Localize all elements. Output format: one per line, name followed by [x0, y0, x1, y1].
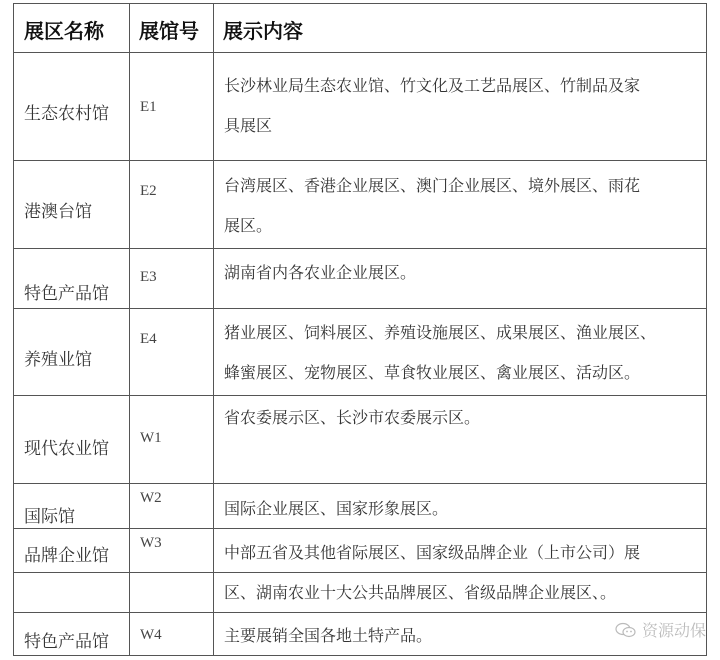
zone-content: 湖南省内各农业企业展区。 [224, 253, 700, 293]
zone-name: 港澳台馆 [24, 197, 92, 222]
zone-content: 区、湖南农业十大公共品牌展区、省级品牌企业展区、。 [224, 573, 700, 613]
zone-content: 省农委展示区、长沙市农委展示区。 [224, 398, 700, 438]
table-row: 养殖业馆 E4 猪业展区、饲料展区、养殖设施展区、成果展区、渔业展区、 蜂蜜展区… [13, 309, 707, 396]
watermark: 资源动保 [615, 618, 706, 641]
hall-number: W3 [140, 535, 162, 552]
table-row: 区、湖南农业十大公共品牌展区、省级品牌企业展区、。 [13, 573, 707, 613]
hall-number: W1 [140, 430, 162, 447]
watermark-text: 资源动保 [642, 621, 706, 640]
zone-content: 台湾展区、香港企业展区、澳门企业展区、境外展区、雨花 展区。 [224, 166, 700, 246]
zone-content: 国际企业展区、国家形象展区。 [224, 489, 700, 529]
table-row: 品牌企业馆 W3 中部五省及其他省际展区、国家级品牌企业（上市公司）展 [13, 529, 707, 573]
hall-number: W4 [140, 627, 162, 644]
table-row: 国际馆 W2 国际企业展区、国家形象展区。 [13, 484, 707, 529]
zone-name: 现代农业馆 [24, 434, 109, 459]
zone-name: 特色产品馆 [24, 627, 109, 652]
zone-name: 品牌企业馆 [24, 541, 109, 566]
table-header-row: 展区名称 展馆号 展示内容 [13, 3, 707, 53]
table-row: 港澳台馆 E2 台湾展区、香港企业展区、澳门企业展区、境外展区、雨花 展区。 [13, 161, 707, 249]
zone-content: 猪业展区、饲料展区、养殖设施展区、成果展区、渔业展区、 蜂蜜展区、宠物展区、草食… [224, 313, 700, 393]
hall-number: E4 [140, 331, 157, 348]
zone-name: 国际馆 [24, 502, 75, 527]
hall-number: E1 [140, 99, 157, 116]
header-zone-name: 展区名称 [24, 15, 104, 44]
wechat-icon [615, 621, 642, 640]
zone-name: 养殖业馆 [24, 345, 92, 370]
table-row: 特色产品馆 W4 主要展销全国各地土特产品。 [13, 613, 707, 656]
header-content: 展示内容 [223, 15, 303, 44]
hall-number: W2 [140, 490, 162, 507]
hall-number: E2 [140, 183, 157, 200]
table-row: 现代农业馆 W1 省农委展示区、长沙市农委展示区。 [13, 396, 707, 484]
table-row: 特色产品馆 E3 湖南省内各农业企业展区。 [13, 249, 707, 309]
header-hall-number: 展馆号 [139, 15, 199, 44]
zone-name: 生态农村馆 [24, 99, 109, 124]
zone-name: 特色产品馆 [24, 279, 109, 304]
zone-content: 长沙林业局生态农业馆、竹文化及工艺品展区、竹制品及家 具展区 [224, 66, 700, 146]
table-row: 生态农村馆 E1 长沙林业局生态农业馆、竹文化及工艺品展区、竹制品及家 具展区 [13, 53, 707, 161]
hall-number: E3 [140, 269, 157, 286]
zone-content: 中部五省及其他省际展区、国家级品牌企业（上市公司）展 [224, 533, 700, 573]
